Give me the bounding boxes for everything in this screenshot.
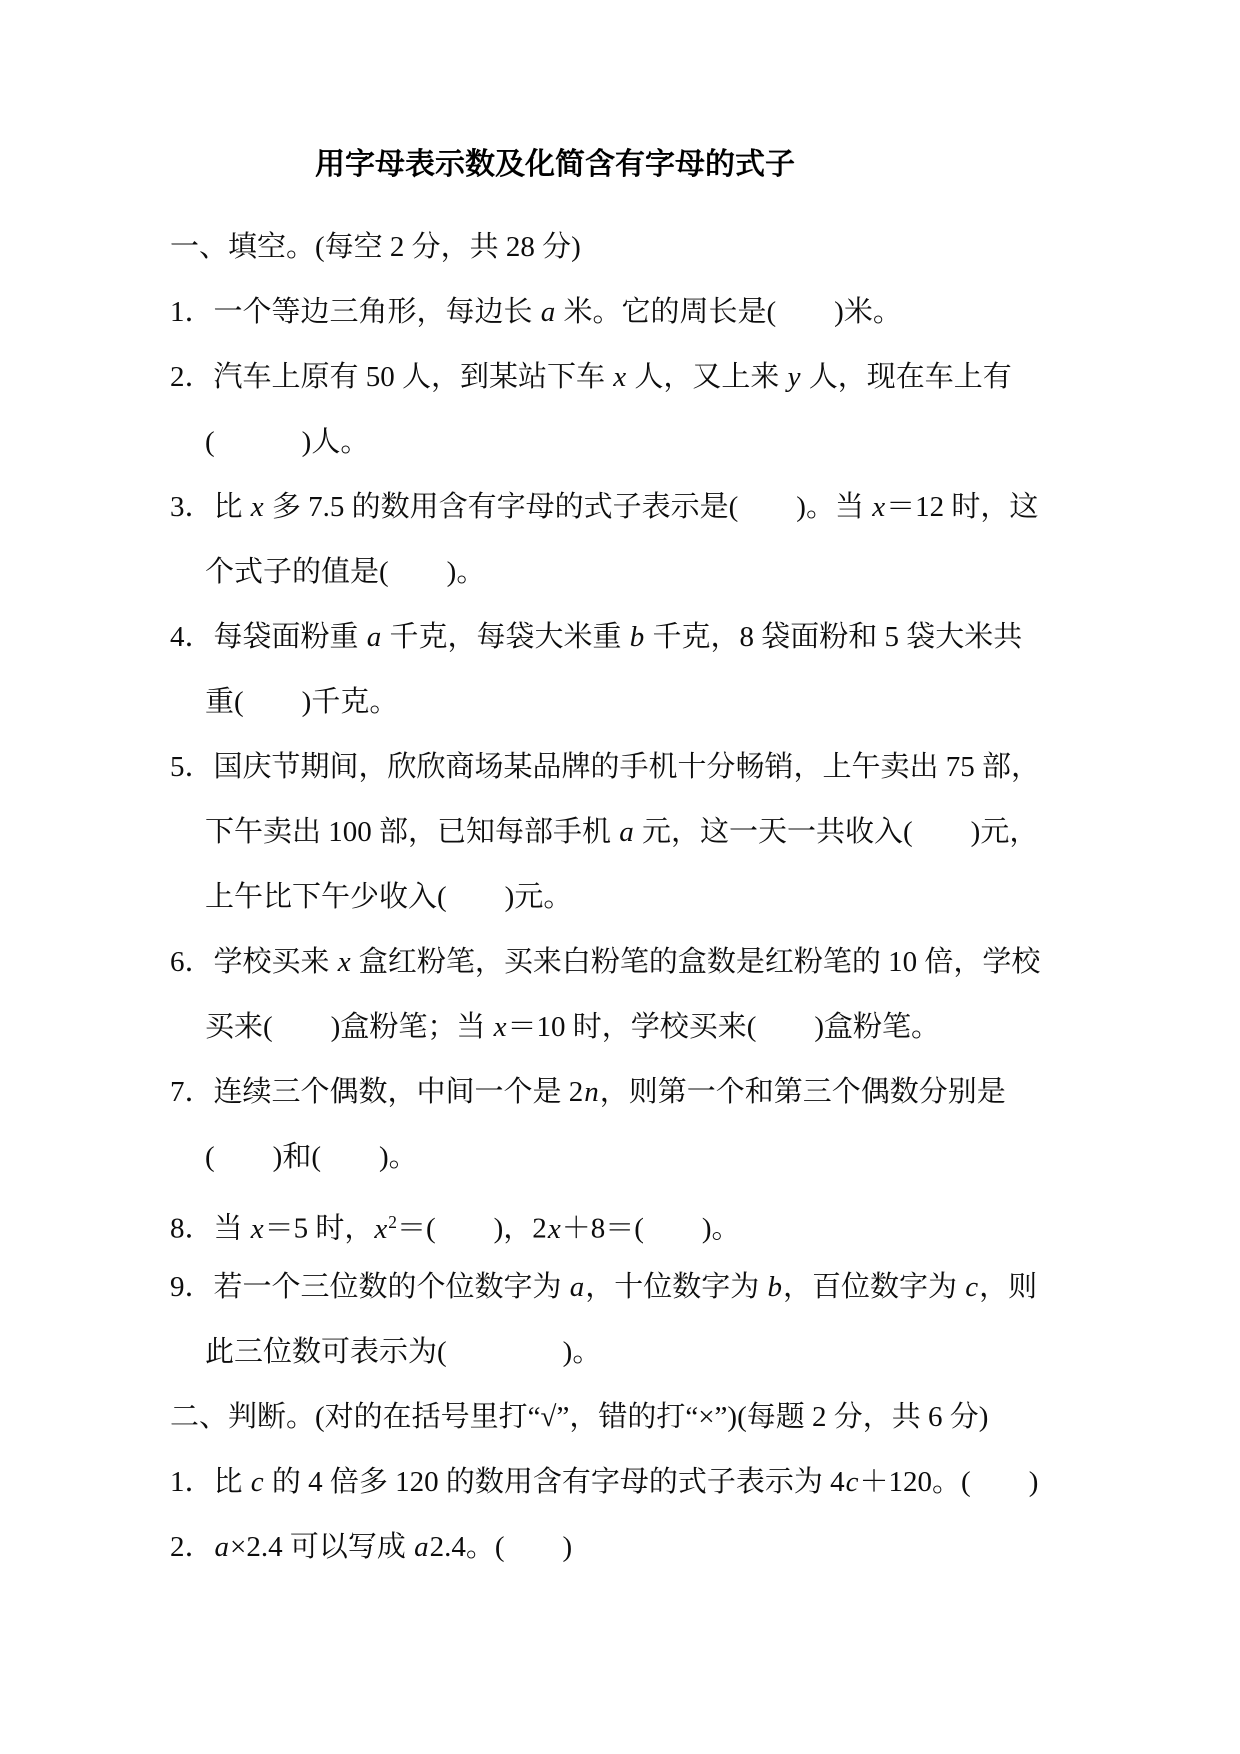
- question-text: 元，这一天一共收入( )元，: [635, 816, 1039, 848]
- math-variable: a: [618, 816, 635, 848]
- question-line: 1．比 c 的 4 倍多 120 的数用含有字母的式子表示为 4c＋120。( …: [170, 1450, 1240, 1515]
- math-variable: a: [569, 1271, 586, 1303]
- math-variable: x: [547, 1213, 562, 1245]
- math-variable: a: [540, 296, 557, 328]
- math-variable: x: [612, 361, 627, 393]
- math-variable: a: [413, 1531, 430, 1563]
- question-text: 重( )千克。: [205, 686, 398, 718]
- section-header-fill-in-blanks: 一、填空。(每空 2 分，共 28 分): [170, 215, 1240, 280]
- question-text: 6．学校买来: [170, 946, 337, 978]
- question-text: ＝10 时，学校买来( )盒粉笔。: [507, 1011, 940, 1043]
- question-line: 2．汽车上原有 50 人，到某站下车 x 人，又上来 y 人，现在车上有: [170, 345, 1240, 410]
- math-variable: c: [845, 1466, 860, 1498]
- question-text: 多 7.5 的数用含有字母的式子表示是( )。当: [265, 491, 872, 523]
- question-text: 9．若一个三位数的个位数字为: [170, 1271, 569, 1303]
- math-variable: a: [214, 1531, 231, 1563]
- question-text: 人，又上来: [627, 361, 787, 393]
- worksheet-content: 一、填空。(每空 2 分，共 28 分) 1．一个等边三角形，每边长 a 米。它…: [0, 215, 1240, 1580]
- question-text: 1．比: [170, 1466, 250, 1498]
- question-line-continuation: 此三位数可表示为( )。: [205, 1320, 1240, 1385]
- question-text: 8．当: [170, 1213, 250, 1245]
- question-text: 人，现在车上有: [802, 361, 1012, 393]
- question-text: 千克，每袋大米重: [382, 621, 629, 653]
- question-line: 8．当 x＝5 时，x2＝( )，2x＋8＝( )。: [170, 1190, 1240, 1255]
- question-text: 2.4。( ): [430, 1531, 573, 1563]
- math-variable: b: [629, 621, 646, 653]
- math-variable: x: [337, 946, 352, 978]
- question-text: 下午卖出 100 部，已知每部手机: [205, 816, 618, 848]
- question-text: ＋8＝( )。: [562, 1213, 741, 1245]
- math-variable: x: [373, 1213, 388, 1245]
- question-text: ＋120。( ): [860, 1466, 1039, 1498]
- worksheet-title: 用字母表示数及化简含有字母的式子: [170, 0, 940, 181]
- math-variable: n: [583, 1076, 600, 1108]
- question-text: ＝12 时，这: [886, 491, 1038, 523]
- superscript-exponent: 2: [388, 1212, 397, 1232]
- question-line-continuation: ( )人。: [205, 410, 1240, 475]
- question-line-continuation: 买来( )盒粉笔；当 x＝10 时，学校买来( )盒粉笔。: [205, 995, 1240, 1060]
- question-line: 5．国庆节期间，欣欣商场某品牌的手机十分畅销，上午卖出 75 部，: [170, 735, 1240, 800]
- question-line-continuation: 重( )千克。: [205, 670, 1240, 735]
- math-variable: a: [366, 621, 383, 653]
- section-fill-in-blanks: 一、填空。(每空 2 分，共 28 分) 1．一个等边三角形，每边长 a 米。它…: [0, 215, 1240, 1385]
- question-text: 3．比: [170, 491, 250, 523]
- question-line: 2．a×2.4 可以写成 a2.4。( ): [170, 1515, 1240, 1580]
- question-line: 1．一个等边三角形，每边长 a 米。它的周长是( )米。: [170, 280, 1240, 345]
- question-text: 5．国庆节期间，欣欣商场某品牌的手机十分畅销，上午卖出 75 部，: [170, 751, 1040, 783]
- question-text: ( )人。: [205, 426, 369, 458]
- question-text: 4．每袋面粉重: [170, 621, 366, 653]
- question-text: ，则: [979, 1271, 1037, 1303]
- section-true-false: 二、判断。(对的在括号里打“√”，错的打“×”)(每题 2 分，共 6 分) 1…: [0, 1385, 1240, 1580]
- question-text: ×2.4 可以写成: [230, 1531, 413, 1563]
- question-text: 此三位数可表示为( )。: [205, 1336, 601, 1368]
- question-text: 千克，8 袋面粉和 5 袋大米共: [645, 621, 1022, 653]
- math-variable: c: [250, 1466, 265, 1498]
- question-list-true-false: 1．比 c 的 4 倍多 120 的数用含有字母的式子表示为 4c＋120。( …: [0, 1450, 1240, 1580]
- question-line-continuation: ( )和( )。: [205, 1125, 1240, 1190]
- question-text: ＝( )，2: [397, 1213, 547, 1245]
- question-text: 米。它的周长是( )米。: [556, 296, 902, 328]
- question-text: 上午比下午少收入( )元。: [205, 881, 572, 913]
- question-text: 2．: [170, 1531, 214, 1563]
- question-text: 盒红粉笔，买来白粉笔的盒数是红粉笔的 10 倍，学校: [352, 946, 1041, 978]
- question-line: 7．连续三个偶数，中间一个是 2n，则第一个和第三个偶数分别是: [170, 1060, 1240, 1125]
- question-text: 买来( )盒粉笔；当: [205, 1011, 493, 1043]
- question-line: 6．学校买来 x 盒红粉笔，买来白粉笔的盒数是红粉笔的 10 倍，学校: [170, 930, 1240, 995]
- math-variable: x: [250, 1213, 265, 1245]
- question-text: 7．连续三个偶数，中间一个是 2: [170, 1076, 583, 1108]
- question-line-continuation: 个式子的值是( )。: [205, 540, 1240, 605]
- math-variable: c: [964, 1271, 979, 1303]
- question-text: ，十位数字为: [585, 1271, 766, 1303]
- question-line: 9．若一个三位数的个位数字为 a，十位数字为 b，百位数字为 c，则: [170, 1255, 1240, 1320]
- question-text: 个式子的值是( )。: [205, 556, 485, 588]
- question-line: 3．比 x 多 7.5 的数用含有字母的式子表示是( )。当 x＝12 时，这: [170, 475, 1240, 540]
- question-line-continuation: 下午卖出 100 部，已知每部手机 a 元，这一天一共收入( )元，: [205, 800, 1240, 865]
- section-header-true-false: 二、判断。(对的在括号里打“√”，错的打“×”)(每题 2 分，共 6 分): [170, 1385, 1240, 1450]
- question-text: ( )和( )。: [205, 1141, 418, 1173]
- math-variable: x: [250, 491, 265, 523]
- math-variable: b: [767, 1271, 784, 1303]
- question-line-continuation: 上午比下午少收入( )元。: [205, 865, 1240, 930]
- question-text: ＝5 时，: [265, 1213, 374, 1245]
- question-text: 的 4 倍多 120 的数用含有字母的式子表示为 4: [265, 1466, 845, 1498]
- question-list-fill-in-blanks: 1．一个等边三角形，每边长 a 米。它的周长是( )米。2．汽车上原有 50 人…: [0, 280, 1240, 1385]
- worksheet-page: 用字母表示数及化简含有字母的式子 一、填空。(每空 2 分，共 28 分) 1．…: [0, 0, 1240, 1754]
- math-variable: x: [871, 491, 886, 523]
- question-text: ，百位数字为: [783, 1271, 964, 1303]
- math-variable: y: [787, 361, 802, 393]
- question-text: 2．汽车上原有 50 人，到某站下车: [170, 361, 612, 393]
- math-variable: x: [493, 1011, 508, 1043]
- question-line: 4．每袋面粉重 a 千克，每袋大米重 b 千克，8 袋面粉和 5 袋大米共: [170, 605, 1240, 670]
- question-text: 1．一个等边三角形，每边长: [170, 296, 540, 328]
- question-text: ，则第一个和第三个偶数分别是: [600, 1076, 1006, 1108]
